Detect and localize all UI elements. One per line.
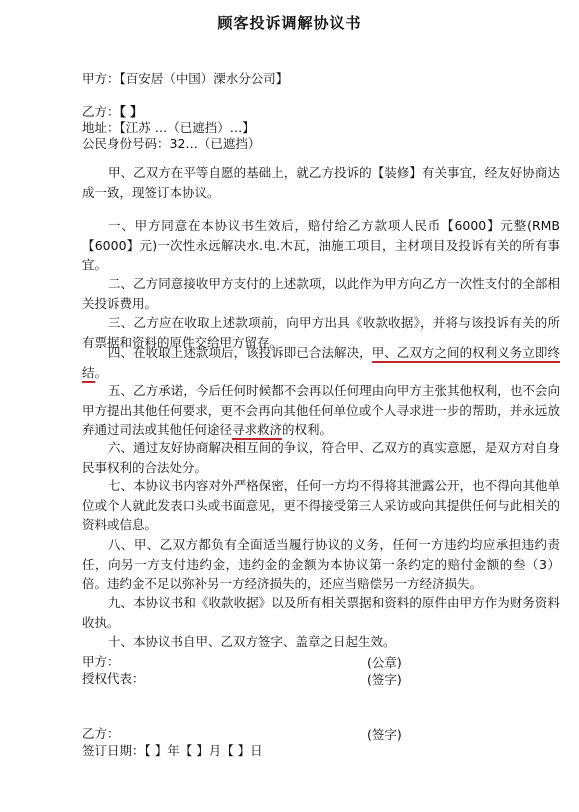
party-b-line: 乙方：【 】 [82, 103, 143, 120]
clause-10: 十、本协议书自甲、乙双方签字、盖章之日起生效。 [82, 632, 560, 652]
clause-4: 四、在收取上述款项后，该投诉即已合法解决，甲、乙双方之间的权利义务立即终结。 [82, 343, 560, 382]
sig-party-a-mark: (公章) [367, 653, 402, 671]
party-a-line: 甲方：【百安居（中国）溧水分公司】 [82, 70, 288, 87]
id-number-line: 公民身份号码：32…（已遮挡） [82, 135, 260, 152]
sig-party-a-label: 甲方： [82, 653, 120, 670]
sign-date-value: 【 】年【 】月【 】日 [145, 743, 263, 758]
id-number-value: 32…（已遮挡） [170, 136, 261, 151]
party-a-label: 甲方： [82, 71, 120, 86]
sig-party-b-label: 乙方： [82, 725, 120, 742]
address-line: 地址：【江苏 …（已遮挡）…】 [82, 119, 255, 136]
intro-paragraph: 甲、乙双方在平等自愿的基础上，就乙方投诉的【装修】有关事宜，经友好协商达成一致，… [82, 163, 560, 202]
sig-rep-label: 授权代表： [82, 670, 145, 687]
sig-party-b-mark: (签字) [367, 725, 402, 743]
clause-9: 九、本协议书和《收款收据》以及所有相关票据和资料的原件由甲方作为财务资料收执。 [82, 593, 560, 632]
document-title: 顾客投诉调解协议书 [0, 12, 579, 33]
address-label: 地址： [82, 120, 120, 135]
clause-4-end: 。 [95, 365, 108, 380]
clause-7: 七、本协议书内容对外严格保密，任何一方均不得将其泄露公开，也不得向其他单位或个人… [82, 476, 560, 535]
party-b-value: 【 】 [120, 104, 143, 119]
sign-date-line: 签订日期：【 】年【 】月【 】日 [82, 742, 263, 759]
sig-rep-mark: (签字) [367, 670, 402, 688]
party-a-value: 【百安居（中国）溧水分公司】 [120, 71, 289, 86]
party-b-label: 乙方： [82, 104, 120, 119]
clause-4-text: 四、在收取上述款项后，该投诉即已合法解决， [108, 345, 372, 360]
clause-1: 一、甲方同意在本协议书生效后，赔付给乙方款项人民币【6000】元整(RMB【60… [82, 216, 560, 275]
clause-5-end: 的权利。 [282, 422, 332, 437]
clause-2: 二、乙方同意接收甲方支付的上述款项，以此作为甲方向乙方一次性支付的全部相关投诉费… [82, 274, 560, 313]
id-number-label: 公民身份号码： [82, 136, 170, 151]
address-value: 【江苏 …（已遮挡）…】 [120, 120, 255, 135]
clause-8: 八、甲、乙双方都负有全面适当履行协议的义务，任何一方违约均应承担违约责任，向另一… [82, 535, 560, 594]
clause-6: 六、通过友好协商解决相互间的争议，符合甲、乙双方的真实意愿，是双方对自身民事权利… [82, 438, 560, 477]
clause-5: 五、乙方承诺，今后任何时候都不会再以任何理由向甲方主张其他权利，也不会向甲方提出… [82, 381, 560, 440]
sign-date-label: 签订日期： [82, 743, 145, 758]
